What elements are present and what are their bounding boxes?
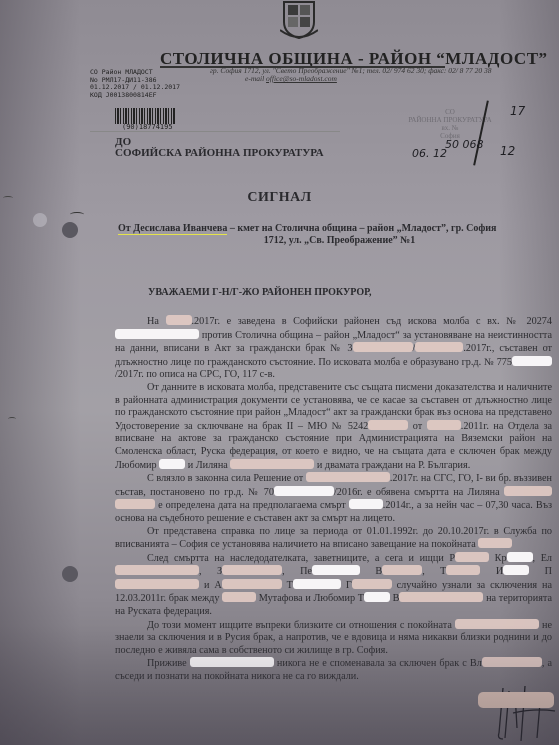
body-paragraph: След смъртта на наследодателката, заветн… (115, 552, 552, 619)
body-paragraph: На .2017г. е заведена в Софийски районен… (115, 315, 552, 382)
barcode-number: (90)18774195 (122, 123, 173, 131)
handwritten-side-top: 17 (510, 104, 525, 118)
redaction-block (222, 592, 256, 602)
sender-position: – кмет на Столична община – район „Младо… (227, 223, 496, 234)
punch-hole-faint (33, 213, 47, 227)
redaction-block (478, 538, 512, 548)
email-link[interactable]: office@so-mladost.com (266, 74, 337, 83)
redaction-block (222, 579, 282, 589)
redaction-block (368, 420, 408, 430)
registry-stamp: СО Район МЛАДОСТ No РМЛ17-ДИ11-386 01.12… (90, 69, 180, 99)
body-paragraph: От представена справка по лице за период… (115, 526, 552, 552)
redaction-block (507, 552, 533, 562)
photo-shadow-bottom (0, 625, 559, 745)
redaction-block (504, 486, 552, 496)
redaction-block (364, 592, 390, 602)
redaction-block (159, 459, 185, 469)
redaction-block (222, 565, 282, 575)
handwritten-incoming-number: 50 068 (445, 138, 484, 151)
pen-mark (70, 212, 84, 217)
body-paragraph: От данните в исковата молба, представени… (115, 382, 552, 472)
redaction-block (512, 356, 552, 366)
coat-of-arms-icon (280, 0, 318, 40)
pen-mark (8, 417, 16, 421)
redaction-block (115, 329, 199, 339)
separator-line (90, 131, 340, 132)
redaction-block (427, 420, 461, 430)
punch-hole (62, 566, 78, 582)
redaction-block (293, 579, 341, 589)
email-label: e-mail (245, 74, 264, 83)
redaction-block (274, 486, 334, 496)
redaction-block (115, 565, 199, 575)
redaction-block (115, 499, 155, 509)
redaction-block (349, 499, 383, 509)
stamp-line-code: КОД J0013800814EF (90, 92, 180, 100)
salutation: УВАЖАЕМИ Г-Н/Г-ЖО РАЙОНЕН ПРОКУРОР, (148, 287, 371, 298)
document-title: СИГНАЛ (0, 190, 559, 206)
redaction-block (115, 579, 199, 589)
redaction-block (306, 472, 390, 482)
redaction-block (446, 565, 480, 575)
redaction-block (382, 565, 422, 575)
body-paragraph: С влязло в законна сила Решение от .2017… (115, 472, 552, 525)
redaction-block (399, 592, 483, 602)
redaction-block (353, 342, 413, 352)
letterhead-email: e-mail office@so-mladost.com (245, 74, 337, 83)
received-stamp-line: вх. № (400, 124, 500, 132)
handwritten-date: 06. 12 (412, 147, 447, 160)
sender-name: От Десислава Иванчева (118, 223, 227, 235)
redaction-block (415, 342, 463, 352)
redaction-block (312, 565, 360, 575)
handwritten-side-bottom: 12 (500, 144, 515, 158)
barcode (115, 108, 175, 124)
sender-address: 1712, ул. „Св. Преображение” №1 (0, 235, 559, 246)
redaction-block (166, 315, 192, 325)
redaction-block (230, 459, 314, 469)
redaction-block (503, 565, 529, 575)
redaction-block (455, 552, 489, 562)
sender-line: От Десислава Иванчева – кмет на Столична… (118, 223, 496, 234)
redaction-block (352, 579, 392, 589)
recipient-organization: СОФИЙСКА РАЙОННА ПРОКУРАТУРА (115, 147, 324, 159)
